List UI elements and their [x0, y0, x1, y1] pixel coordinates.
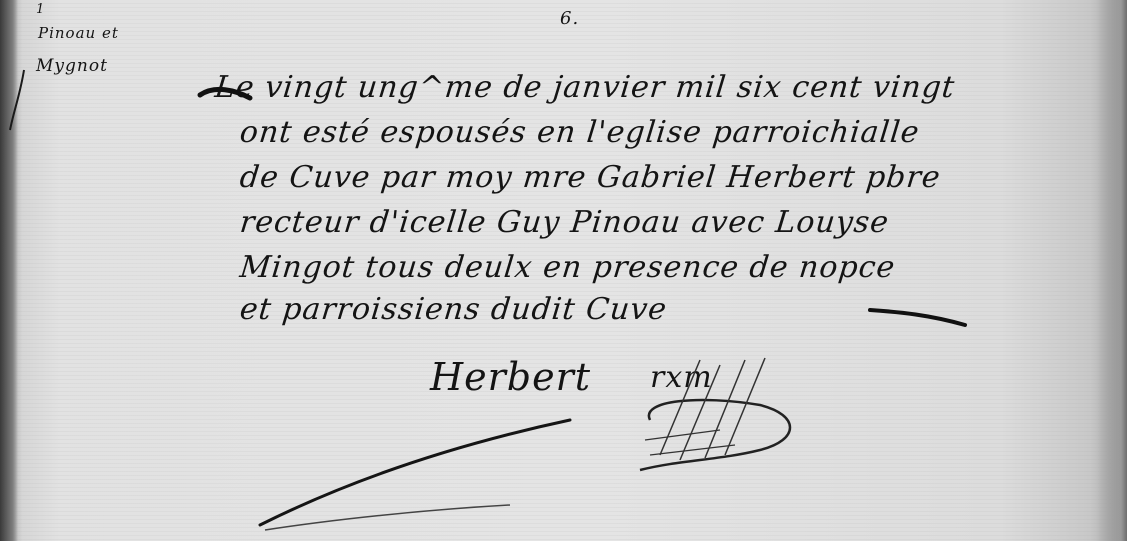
document-page: 1 Pinoau et Mygnot 6. Le vingt ung^me de…: [0, 0, 1127, 541]
folio-number: 6.: [560, 8, 579, 29]
body-line-3: de Cuve par moy mre Gabriel Herbert pbre: [238, 160, 942, 195]
binding-shadow: [0, 0, 18, 541]
body-line-5: Mingot tous deulx en presence de nopce: [238, 250, 897, 285]
body-line-1: Le vingt ung^me de janvier mil six cent …: [213, 70, 957, 105]
margin-entry-number: 1: [36, 2, 45, 17]
body-line-4: recteur d'icelle Guy Pinoau avec Louyse: [238, 205, 891, 240]
body-line-6: et parroissiens dudit Cuve: [238, 292, 669, 327]
margin-note-line-1: Pinoau et: [38, 24, 119, 42]
body-line-2: ont esté espousés en l'eglise parroichia…: [238, 115, 921, 150]
signature-suffix: rxm: [650, 360, 713, 395]
page-edge: [1097, 0, 1127, 541]
signature-name: Herbert: [430, 355, 591, 399]
margin-note-line-2: Mygnot: [36, 56, 108, 76]
